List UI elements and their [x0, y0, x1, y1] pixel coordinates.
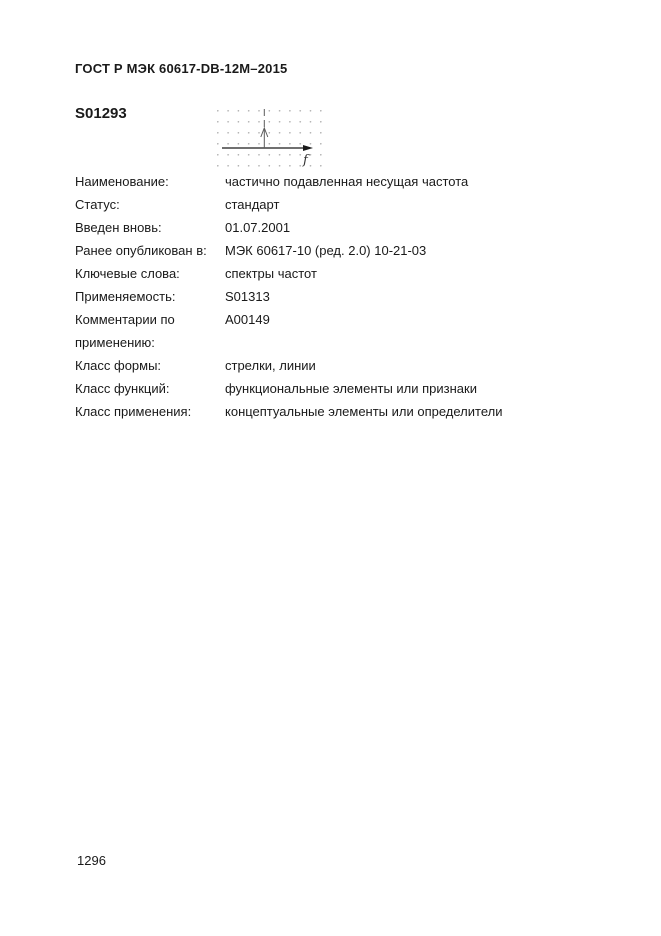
attribute-value: S01313	[225, 285, 545, 308]
attribute-label: Статус:	[75, 193, 225, 216]
attribute-row: Класс функций:функциональные элементы ил…	[75, 377, 545, 400]
standard-title: ГОСТ Р МЭК 60617-DB-12M–2015	[75, 61, 287, 76]
attribute-label: Класс применения:	[75, 400, 225, 423]
attribute-value: частично подавленная несущая частота	[225, 170, 545, 193]
attribute-value: спектры частот	[225, 262, 545, 285]
attribute-row: Класс формы:стрелки, линии	[75, 354, 545, 377]
attribute-label: Применяемость:	[75, 285, 225, 308]
attribute-row: Введен вновь:01.07.2001	[75, 216, 545, 239]
attribute-label: Комментарии по применению:	[75, 308, 225, 354]
page-number: 1296	[77, 853, 106, 868]
attributes-table: Наименование:частично подавленная несуща…	[75, 170, 545, 423]
attribute-value: функциональные элементы или признаки	[225, 377, 545, 400]
attribute-label: Класс формы:	[75, 354, 225, 377]
attribute-row: Класс применения:концептуальные элементы…	[75, 400, 545, 423]
attribute-value: концептуальные элементы или определители	[225, 400, 545, 423]
symbol-id: S01293	[75, 105, 127, 122]
attribute-row: Статус:стандарт	[75, 193, 545, 216]
attribute-value: МЭК 60617-10 (ред. 2.0) 10-21-03	[225, 239, 545, 262]
attribute-label: Наименование:	[75, 170, 225, 193]
attribute-row: Применяемость:S01313	[75, 285, 545, 308]
document-page: ГОСТ Р МЭК 60617-DB-12M–2015 S01293 f На…	[0, 0, 661, 936]
attribute-row: Ключевые слова:спектры частот	[75, 262, 545, 285]
attribute-label: Класс функций:	[75, 377, 225, 400]
attribute-label: Введен вновь:	[75, 216, 225, 239]
partially-suppressed-carrier-symbol-diagram: f	[214, 106, 326, 170]
attribute-row: Ранее опубликован в:МЭК 60617-10 (ред. 2…	[75, 239, 545, 262]
attribute-value: 01.07.2001	[225, 216, 545, 239]
attribute-row: Наименование:частично подавленная несуща…	[75, 170, 545, 193]
attribute-label: Ключевые слова:	[75, 262, 225, 285]
attribute-value: A00149	[225, 308, 545, 331]
attribute-row: Комментарии по применению:A00149	[75, 308, 545, 354]
attribute-value: стрелки, линии	[225, 354, 545, 377]
attribute-value: стандарт	[225, 193, 545, 216]
attribute-label: Ранее опубликован в:	[75, 239, 225, 262]
